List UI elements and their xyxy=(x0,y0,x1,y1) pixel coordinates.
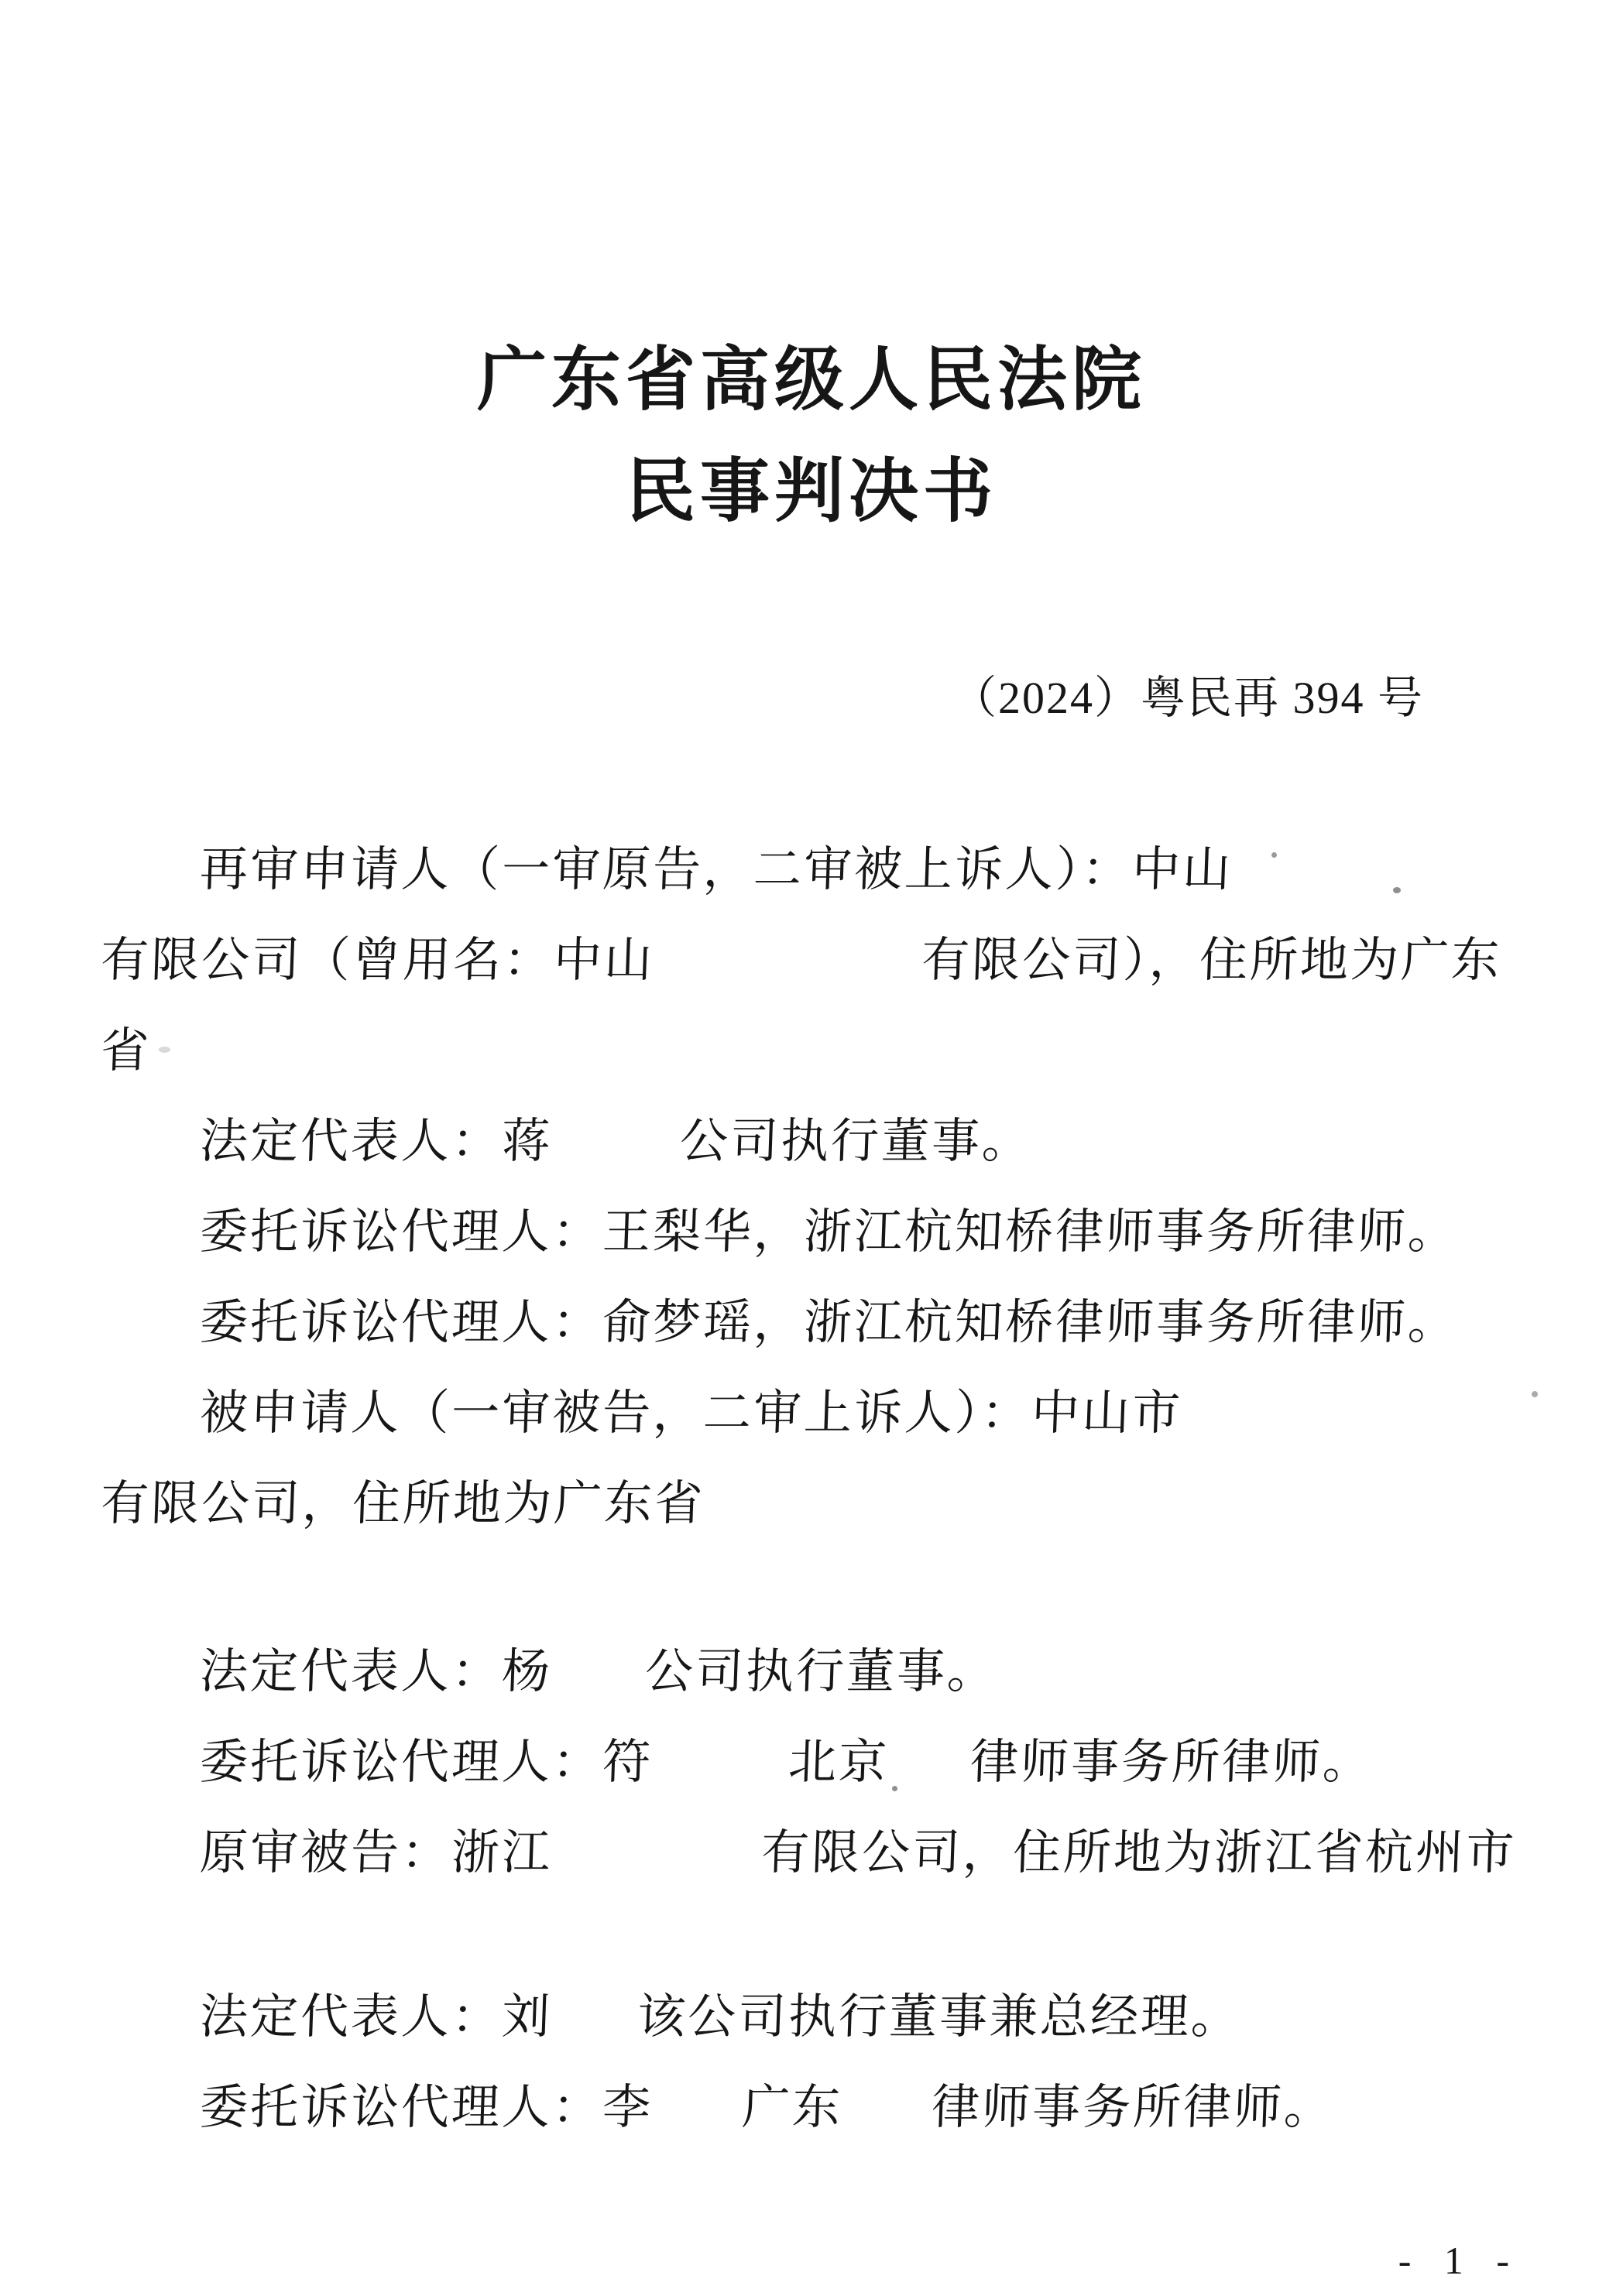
body-line-agent-fu: 委托诉讼代理人：符北京律师事务所律师。 xyxy=(99,1718,1573,1808)
text-run: 北京 xyxy=(787,1736,890,1789)
judgment-page: 广东省高级人民法院 民事判决书 （2024）粤民再 394 号 再审申请人（一审… xyxy=(0,0,1623,2296)
redaction-gap xyxy=(652,1777,787,1778)
scan-artifact xyxy=(1271,852,1277,858)
blank-line xyxy=(101,1550,1572,1627)
text-run: 省 xyxy=(100,1025,152,1078)
body-line-legal-rep-yang: 法定代表人：杨公司执行董事。 xyxy=(99,1627,1573,1718)
text-run: 委托诉讼代理人：王梨华，浙江杭知桥律师事务所律师。 xyxy=(199,1206,1459,1259)
body-line-respondent-continued: 有限公司，住所地为广东省 xyxy=(99,1459,1573,1550)
text-run: 有限公司，住所地为广东省 xyxy=(100,1478,705,1530)
body-line-legal-rep-liu: 法定代表人：刘该公司执行董事兼总经理。 xyxy=(99,1972,1573,2063)
scan-artifact xyxy=(1532,1391,1538,1397)
blank-line xyxy=(101,1899,1572,1972)
redaction-gap xyxy=(551,1868,760,1869)
text-run: 广东 xyxy=(741,2082,843,2134)
body-line-original-defendant: 原审被告：浙江有限公司，住所地为浙江省杭州市 xyxy=(99,1808,1573,1899)
body-line-province: 省 xyxy=(99,1006,1573,1097)
text-run: 法定代表人：刘 xyxy=(199,1991,553,2044)
body-line-agent-yu: 委托诉讼代理人：俞梦瑶，浙江杭知桥律师事务所律师。 xyxy=(99,1278,1573,1369)
redaction-gap xyxy=(551,1687,644,1688)
redaction-gap xyxy=(551,1157,679,1157)
text-run: 公司执行董事。 xyxy=(679,1115,1033,1168)
body-line-respondent: 被申请人（一审被告，二审上诉人）：中山市 xyxy=(99,1369,1573,1459)
text-run: 有限公司，住所地为浙江省杭州市 xyxy=(760,1827,1517,1880)
text-run: 该公司执行董事兼总经理。 xyxy=(637,1991,1242,2044)
body-line-agent-wang: 委托诉讼代理人：王梨华，浙江杭知桥律师事务所律师。 xyxy=(99,1187,1573,1278)
redaction-gap xyxy=(842,2123,931,2123)
text-run: 有限公司（曾用名：中山 xyxy=(100,934,655,987)
text-run: 法定代表人：杨 xyxy=(199,1646,553,1698)
scan-artifact xyxy=(892,1786,897,1791)
text-run: 委托诉讼代理人：俞梦瑶，浙江杭知桥律师事务所律师。 xyxy=(199,1297,1459,1349)
body-line-legal-rep-jiang: 法定代表人：蒋公司执行董事。 xyxy=(99,1097,1573,1187)
document-body: 再审申请人（一审原告，二审被上诉人）：中山 有限公司（曾用名：中山有限公司），住… xyxy=(101,825,1572,2154)
redaction-gap xyxy=(654,975,921,976)
text-run: 法定代表人：蒋 xyxy=(199,1115,553,1168)
text-run: 公司执行董事。 xyxy=(644,1646,998,1698)
text-run: 委托诉讼代理人：符 xyxy=(199,1736,654,1789)
scan-artifact xyxy=(1393,887,1401,893)
text-run: 再审申请人（一审原告，二审被上诉人）：中山 xyxy=(199,844,1234,896)
scan-artifact xyxy=(159,1047,170,1053)
redaction-gap xyxy=(888,1777,969,1778)
court-name-title: 广东省高级人民法院 xyxy=(0,341,1623,421)
body-line-agent-li: 委托诉讼代理人：李广东律师事务所律师。 xyxy=(99,2063,1573,2154)
redaction-gap xyxy=(652,2123,741,2123)
text-run: 有限公司），住所地为广东 xyxy=(921,934,1502,987)
text-run: 律师事务所律师。 xyxy=(931,2082,1335,2134)
body-line-applicant-continued: 有限公司（曾用名：中山有限公司），住所地为广东 xyxy=(99,916,1573,1006)
text-run: 律师事务所律师。 xyxy=(969,1736,1374,1789)
case-number: （2024）粤民再 394 号 xyxy=(952,666,1424,731)
text-run: 原审被告：浙江 xyxy=(199,1827,553,1880)
text-run: 被申请人（一审被告，二审上诉人）：中山市 xyxy=(199,1387,1183,1440)
redaction-gap xyxy=(551,2032,637,2033)
document-type-title: 民事判决书 xyxy=(0,452,1623,533)
page-number: - 1 - xyxy=(1398,2237,1515,2284)
text-run: 委托诉讼代理人：李 xyxy=(199,2082,654,2134)
body-line-retrial-applicant: 再审申请人（一审原告，二审被上诉人）：中山 xyxy=(99,825,1573,916)
